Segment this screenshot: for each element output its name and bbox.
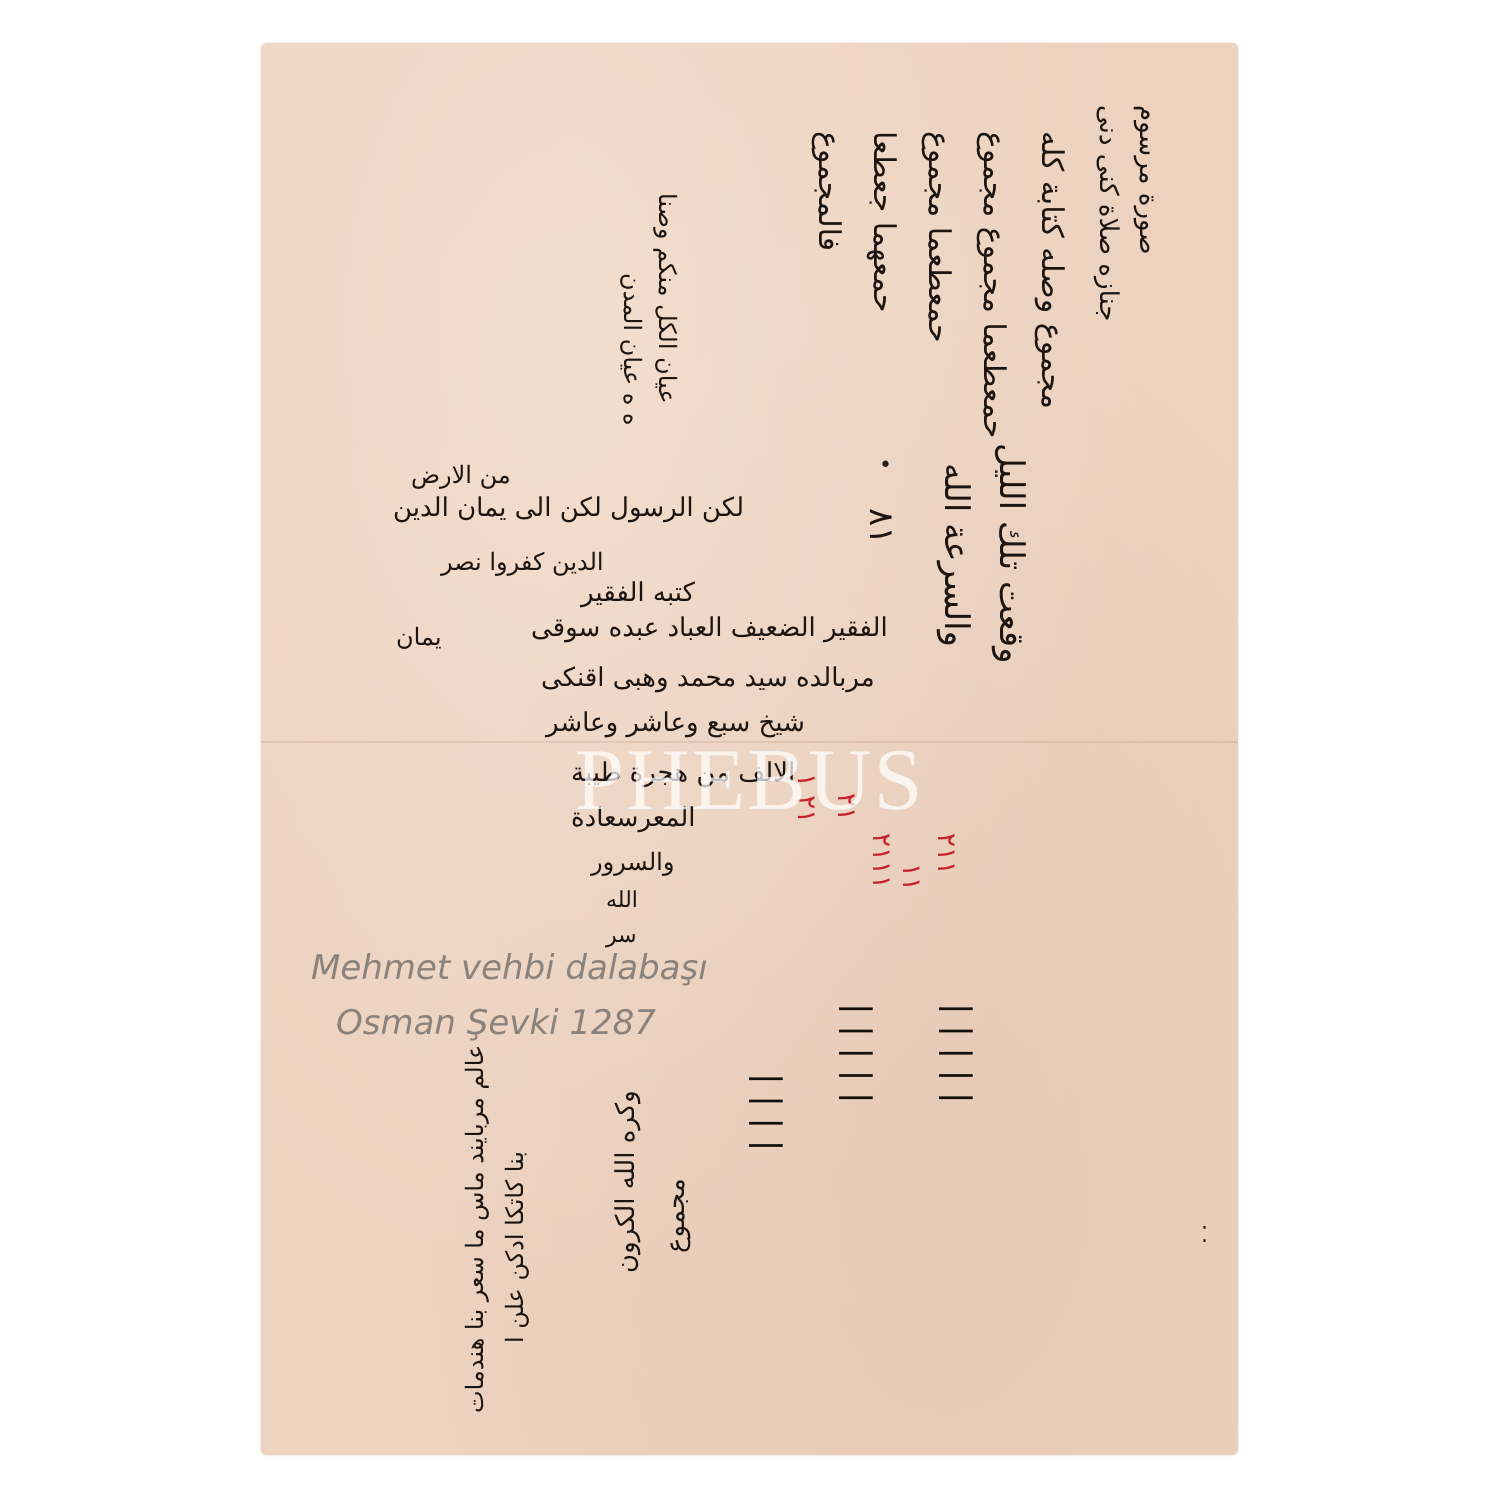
text-line: عيان الكل منكم وصنا [653, 193, 681, 404]
signature-line: سر [606, 923, 637, 948]
text-line: فالمجموع [811, 131, 846, 251]
text-line: ه ه عيان المدن [618, 273, 646, 426]
text-line: عالم مربايند ماس ما سعر بنا هندمات [461, 1045, 489, 1413]
pencil-note: Osman Şevki 1287 [336, 1003, 656, 1043]
ink-dot: • [879, 453, 892, 478]
heading-line: صورة مرسوم [1133, 105, 1163, 255]
text-line: مجموع وصله كتابة كله [1034, 131, 1069, 409]
red-annotation: ٢١١١ [866, 833, 896, 889]
text-line: حمعهما جعطعا [866, 131, 901, 312]
signature-line: الفقير الضعيف العباد عبده سوقى [531, 613, 888, 643]
practice-strokes: | | | | | [845, 1003, 871, 1104]
text-line: يمان [396, 623, 442, 651]
text-line: والسرعة الله [936, 463, 976, 647]
watermark: PHEBUS [575, 730, 924, 831]
practice-strokes: | | | | | [945, 1003, 971, 1104]
text-line: وكره الله الكرون [611, 1090, 641, 1273]
text-line: الدين كفروا نصر [441, 548, 604, 576]
text-line: بنا كاتكا ادكن علن ا [501, 1151, 529, 1343]
text-line: مجموع [661, 1178, 691, 1253]
practice-strokes: | | | | [755, 1073, 781, 1151]
text-line: من الارض [411, 461, 511, 489]
signature-line: كتبه الفقير [581, 578, 695, 608]
signature-line: والسرور [591, 848, 674, 876]
red-annotation: ١١ [896, 863, 926, 891]
text-line: ٨١ [861, 508, 901, 545]
red-annotation: ٢١١ [931, 833, 961, 875]
text-line: حمعطعما مجموع مجموع [976, 131, 1011, 438]
text-line: جنازه صلاة كنى دنى [1093, 105, 1123, 321]
ink-dots: ⁚ [1201, 1223, 1208, 1248]
text-line: لكن الرسول لكن الى يمان الدين [393, 493, 744, 523]
signature-line: الله [606, 888, 638, 913]
pencil-note: Mehmet vehbi dalabaşı [311, 948, 708, 988]
signature-line: مربالده سيد محمد وهبى اقنكى [541, 663, 875, 693]
text-line: حمعطعما مجموع [921, 131, 956, 343]
text-line: وقعت تلك الليل [991, 443, 1031, 664]
